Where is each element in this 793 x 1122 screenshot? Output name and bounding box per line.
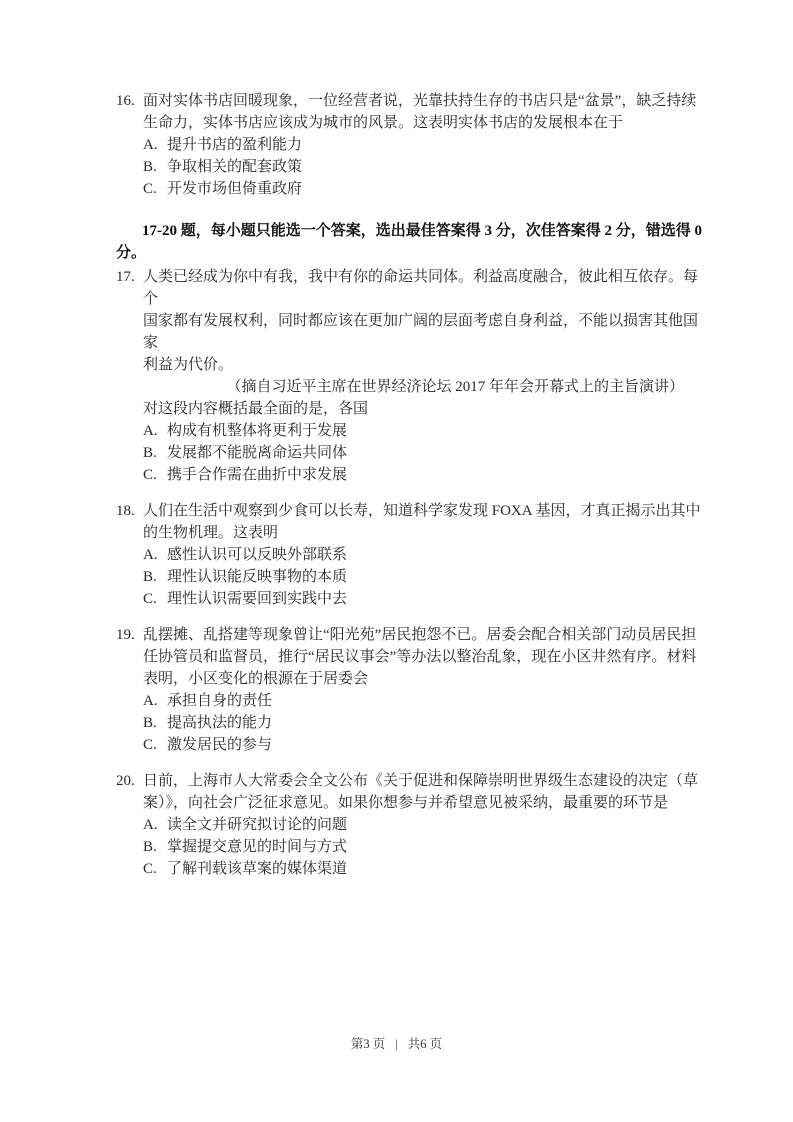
option-a: A.读全文并研究拟讨论的问题 — [143, 814, 712, 836]
option-c: C.激发居民的参与 — [143, 734, 712, 756]
options-list: A.读全文并研究拟讨论的问题 B.掌握提交意见的时间与方式 C.了解刊载该草案的… — [143, 814, 712, 880]
option-text: 开发市场但倚重政府 — [167, 181, 302, 197]
option-label: A. — [143, 814, 159, 836]
option-a: A.提升书店的盈利能力 — [143, 134, 712, 156]
options-list: A.构成有机整体将更利于发展 B.发展都不能脱离命运共同体 C.携手合作需在曲折… — [143, 420, 712, 486]
question-17: 17. 人类已经成为你中有我，我中有你的命运共同体。利益高度融合，彼此相互依存。… — [116, 266, 712, 486]
footer-separator: | — [395, 1037, 398, 1052]
question-19: 19. 乱摆摊、乱搭建等现象曾让“阳光苑”居民抱怨不已。居委会配合相关部门动员居… — [116, 624, 712, 756]
option-text: 构成有机整体将更利于发展 — [167, 423, 347, 439]
exam-page: { "colors": { "background": "#ffffff", "… — [0, 0, 793, 1122]
option-label: A. — [143, 134, 159, 156]
option-text: 发展都不能脱离命运共同体 — [167, 445, 347, 461]
page-total-label: 共6 页 — [408, 1037, 442, 1051]
option-c: C.开发市场但倚重政府 — [143, 178, 712, 200]
question-text: 乱摆摊、乱搭建等现象曾让“阳光苑”居民抱怨不已。居委会配合相关部门动员居民担 任… — [143, 624, 712, 690]
option-label: C. — [143, 588, 159, 610]
question-number: 16. — [116, 90, 143, 112]
option-b: B.掌握提交意见的时间与方式 — [143, 836, 712, 858]
question-number: 19. — [116, 624, 143, 646]
question-number: 17. — [116, 266, 143, 288]
question-20: 20. 日前，上海市人大常委会全文公布《关于促进和保障崇明世界级生态建设的决定（… — [116, 770, 712, 880]
option-text: 提升书店的盈利能力 — [167, 137, 302, 153]
question-number: 18. — [116, 500, 143, 522]
question-stem: 对这段内容概括最全面的是，各国 — [143, 398, 712, 420]
option-a: A.感性认识可以反映外部联系 — [143, 544, 712, 566]
option-label: C. — [143, 858, 159, 880]
question-text: 人类已经成为你中有我，我中有你的命运共同体。利益高度融合，彼此相互依存。每个 国… — [143, 266, 712, 376]
question-16: 16. 面对实体书店回暖现象，一位经营者说，光靠扶持生存的书店只是“盆景”，缺乏… — [116, 90, 712, 200]
option-label: C. — [143, 464, 159, 486]
question-18: 18. 人们在生活中观察到少食可以长寿，知道科学家发现 FOXA 基因，才真正揭… — [116, 500, 712, 610]
options-list: A.感性认识可以反映外部联系 B.理性认识能反映事物的本质 C.理性认识需要回到… — [143, 544, 712, 610]
option-text: 读全文并研究拟讨论的问题 — [167, 817, 347, 833]
option-label: C. — [143, 178, 159, 200]
option-b: B.提高执法的能力 — [143, 712, 712, 734]
option-b: B.理性认识能反映事物的本质 — [143, 566, 712, 588]
question-body: 面对实体书店回暖现象，一位经营者说，光靠扶持生存的书店只是“盆景”，缺乏持续 生… — [143, 90, 712, 200]
options-list: A.提升书店的盈利能力 B.争取相关的配套政策 C.开发市场但倚重政府 — [143, 134, 712, 200]
options-list: A.承担自身的责任 B.提高执法的能力 C.激发居民的参与 — [143, 690, 712, 756]
question-number: 20. — [116, 770, 143, 792]
option-c: C.理性认识需要回到实践中去 — [143, 588, 712, 610]
option-a: A.构成有机整体将更利于发展 — [143, 420, 712, 442]
option-label: A. — [143, 690, 159, 712]
option-text: 理性认识需要回到实践中去 — [167, 591, 347, 607]
question-text: 面对实体书店回暖现象，一位经营者说，光靠扶持生存的书店只是“盆景”，缺乏持续 生… — [143, 90, 712, 134]
option-label: B. — [143, 712, 159, 734]
option-c: C.携手合作需在曲折中求发展 — [143, 464, 712, 486]
quote-attribution: （摘自习近平主席在世界经济论坛 2017 年年会开幕式上的主旨演讲） — [143, 376, 712, 398]
option-text: 携手合作需在曲折中求发展 — [167, 467, 347, 483]
option-text: 感性认识可以反映外部联系 — [167, 547, 347, 563]
question-text: 日前，上海市人大常委会全文公布《关于促进和保障崇明世界级生态建设的决定（草 案）… — [143, 770, 712, 814]
option-text: 了解刊载该草案的媒体渠道 — [167, 861, 347, 877]
option-label: B. — [143, 836, 159, 858]
option-label: B. — [143, 442, 159, 464]
option-text: 激发居民的参与 — [167, 737, 272, 753]
option-text: 掌握提交意见的时间与方式 — [167, 839, 347, 855]
option-label: C. — [143, 734, 159, 756]
option-label: B. — [143, 156, 159, 178]
question-body: 人类已经成为你中有我，我中有你的命运共同体。利益高度融合，彼此相互依存。每个 国… — [143, 266, 712, 486]
option-text: 承担自身的责任 — [167, 693, 272, 709]
questions-area: 16. 面对实体书店回暖现象，一位经营者说，光靠扶持生存的书店只是“盆景”，缺乏… — [116, 90, 712, 880]
page-footer: 第3 页|共6 页 — [0, 1034, 793, 1052]
question-body: 人们在生活中观察到少食可以长寿，知道科学家发现 FOXA 基因，才真正揭示出其中… — [143, 500, 712, 610]
option-c: C.了解刊载该草案的媒体渠道 — [143, 858, 712, 880]
option-text: 提高执法的能力 — [167, 715, 272, 731]
option-text: 理性认识能反映事物的本质 — [167, 569, 347, 585]
option-b: B.争取相关的配套政策 — [143, 156, 712, 178]
page-number-label: 第3 页 — [351, 1037, 385, 1051]
option-label: A. — [143, 544, 159, 566]
option-text: 争取相关的配套政策 — [167, 159, 302, 175]
question-body: 日前，上海市人大常委会全文公布《关于促进和保障崇明世界级生态建设的决定（草 案）… — [143, 770, 712, 880]
option-b: B.发展都不能脱离命运共同体 — [143, 442, 712, 464]
question-text: 人们在生活中观察到少食可以长寿，知道科学家发现 FOXA 基因，才真正揭示出其中… — [143, 500, 712, 544]
question-body: 乱摆摊、乱搭建等现象曾让“阳光苑”居民抱怨不已。居委会配合相关部门动员居民担 任… — [143, 624, 712, 756]
option-a: A.承担自身的责任 — [143, 690, 712, 712]
scoring-instructions: 17-20 题，每小题只能选一个答案，选出最佳答案得 3 分，次佳答案得 2 分… — [116, 220, 712, 264]
option-label: A. — [143, 420, 159, 442]
option-label: B. — [143, 566, 159, 588]
